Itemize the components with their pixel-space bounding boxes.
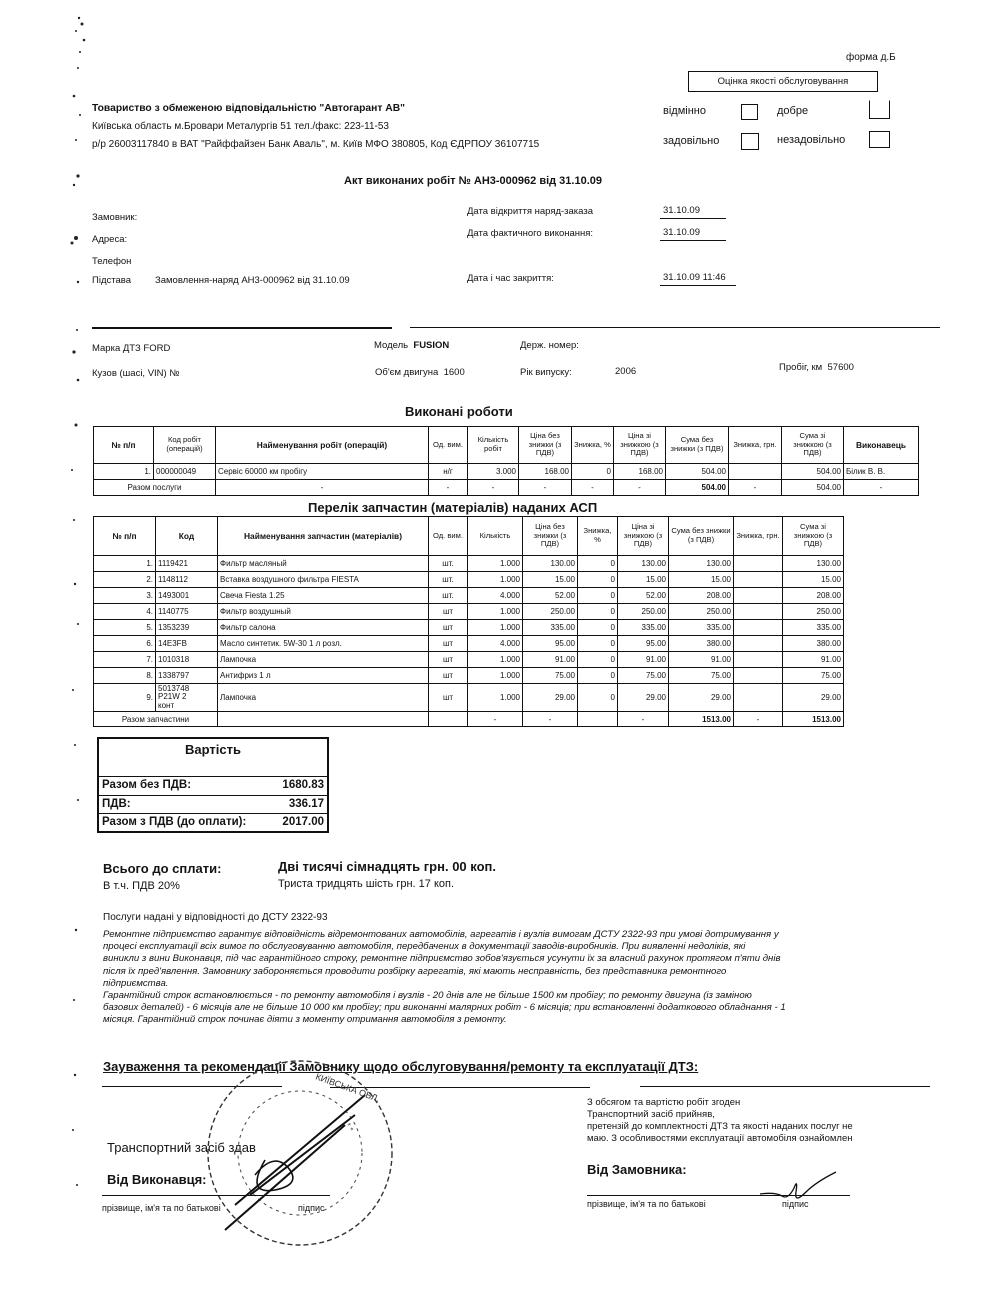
services-heading: Виконані роботи xyxy=(405,404,513,419)
table-cell: шт xyxy=(429,668,468,684)
table-cell: 0 xyxy=(578,668,618,684)
table-cell: 0 xyxy=(578,652,618,668)
table-total-row: Разом запчастини---1513.00-1513.00 xyxy=(94,712,844,727)
table-cell: Масло синтетик. 5W-30 1 л розл. xyxy=(218,636,429,652)
table-cell: шт xyxy=(429,604,468,620)
company-name: Товариство з обмеженою відповідальністю … xyxy=(92,103,405,114)
rating-unsatisfactory-checkbox[interactable] xyxy=(869,131,890,148)
table-cell: шт xyxy=(429,652,468,668)
table-cell: 1.000 xyxy=(468,556,523,572)
table-row: 7.1010318Лампочкашт1.00091.00091.0091.00… xyxy=(94,652,844,668)
cost-row-with-vat: Разом з ПДВ (до оплати): 2017.00 xyxy=(99,813,327,831)
table-cell: 335.00 xyxy=(783,620,844,636)
close-date-value: 31.10.09 11:46 xyxy=(663,272,726,283)
total-due-label: Всього до сплати: xyxy=(103,861,221,876)
total-cell: - xyxy=(618,712,669,727)
total-cell: - xyxy=(614,480,666,496)
column-header: Ціна зі знижкою (з ПДВ) xyxy=(618,517,669,556)
total-due-words: Дві тисячі сімнадцять грн. 00 коп. xyxy=(278,859,496,874)
table-cell: шт xyxy=(429,684,468,712)
total-label: Разом послуги xyxy=(94,480,216,496)
table-cell: 29.00 xyxy=(523,684,578,712)
total-cell: 1513.00 xyxy=(669,712,734,727)
table-cell: 1.000 xyxy=(468,652,523,668)
total-cell: - xyxy=(729,480,782,496)
model-value: FUSION xyxy=(413,340,449,351)
company-stamp-icon: КИЇВСЬКА ОБЛ. * * xyxy=(195,1055,405,1255)
table-total-row: Разом послуги------504.00-504.00- xyxy=(94,480,919,496)
warranty-line: виникли з вини Виконавця, під час гарант… xyxy=(103,953,786,965)
table-cell: 15.00 xyxy=(783,572,844,588)
table-cell: Лампочка xyxy=(218,684,429,712)
vehicle-mileage: Пробіг, км 57600 xyxy=(779,362,854,373)
vehicle-brand: Марка ДТЗ FORD xyxy=(92,343,170,354)
table-cell: 7. xyxy=(94,652,156,668)
column-header: Сума зі знижкою (з ПДВ) xyxy=(782,427,844,464)
company-bank: р/р 26003117840 в ВАТ "Райффайзен Банк А… xyxy=(92,139,539,150)
table-cell: Антифриз 1 л xyxy=(218,668,429,684)
total-cell xyxy=(429,712,468,727)
table-cell: Лампочка xyxy=(218,652,429,668)
cost-title: Вартість xyxy=(99,742,327,757)
column-header: Ціна без знижки (з ПДВ) xyxy=(519,427,572,464)
total-cell: - xyxy=(468,480,519,496)
vat-included-label: В т.ч. ПДВ 20% xyxy=(103,880,180,892)
total-label: Разом запчастини xyxy=(94,712,218,727)
year-label: Рік випуску: xyxy=(520,367,572,378)
table-cell: 208.00 xyxy=(669,588,734,604)
table-header-row: № п/пКод робіт (операцій)Найменування ро… xyxy=(94,427,919,464)
table-cell: 6. xyxy=(94,636,156,652)
table-cell: 91.00 xyxy=(783,652,844,668)
with-vat-label: Разом з ПДВ (до оплати): xyxy=(102,814,246,831)
table-cell: 1338797 xyxy=(156,668,218,684)
table-cell: 15.00 xyxy=(523,572,578,588)
vat-words: Триста тридцять шість грн. 17 коп. xyxy=(278,878,454,890)
table-cell: 168.00 xyxy=(519,464,572,480)
total-cell: - xyxy=(216,480,429,496)
table-cell: 0 xyxy=(578,636,618,652)
rating-good-label: добре xyxy=(777,105,808,117)
table-cell: 0 xyxy=(578,572,618,588)
table-cell: 250.00 xyxy=(783,604,844,620)
table-row: 6.14E3FBМасло синтетик. 5W-30 1 л розл.ш… xyxy=(94,636,844,652)
form-code: форма д.Б xyxy=(846,52,896,63)
table-cell: 91.00 xyxy=(618,652,669,668)
done-date-value: 31.10.09 xyxy=(663,227,700,238)
parts-table: № п/пКодНайменування запчастин (матеріал… xyxy=(93,516,844,727)
table-cell: 9. xyxy=(94,684,156,712)
column-header: № п/п xyxy=(94,427,154,464)
table-cell: 1010318 xyxy=(156,652,218,668)
separator xyxy=(92,327,392,329)
plate-label: Держ. номер: xyxy=(520,340,579,351)
table-cell: 335.00 xyxy=(618,620,669,636)
table-cell: 29.00 xyxy=(783,684,844,712)
column-header: Сума зі знижкою (з ПДВ) xyxy=(783,517,844,556)
table-cell: 4.000 xyxy=(468,588,523,604)
table-cell: 250.00 xyxy=(669,604,734,620)
column-header: Найменування робіт (операцій) xyxy=(216,427,429,464)
table-cell xyxy=(734,604,783,620)
table-cell: 15.00 xyxy=(618,572,669,588)
table-cell xyxy=(729,464,782,480)
year-value: 2006 xyxy=(615,366,636,377)
column-header: Кількість xyxy=(468,517,523,556)
customer-label: Замовник: xyxy=(92,212,137,223)
with-vat-value: 2017.00 xyxy=(282,814,324,831)
table-cell: 208.00 xyxy=(783,588,844,604)
table-row: 4.1140775Фильтр воздушныйшт1.000250.0002… xyxy=(94,604,844,620)
table-row: 9.5013748 P21W 2 контЛампочкашт1.00029.0… xyxy=(94,684,844,712)
remarks-line xyxy=(640,1086,930,1087)
table-cell: 0 xyxy=(572,464,614,480)
rating-good-checkbox[interactable] xyxy=(869,100,890,119)
total-cell: 504.00 xyxy=(782,480,844,496)
column-header: Ціна зі знижкою (з ПДВ) xyxy=(614,427,666,464)
column-header: Знижка, % xyxy=(578,517,618,556)
table-row: 2.1148112Вставка воздушного фильтра FIES… xyxy=(94,572,844,588)
basis-label: Підстава xyxy=(92,275,131,286)
table-cell: шт. xyxy=(429,588,468,604)
table-cell: 4.000 xyxy=(468,636,523,652)
warranty-line: Ремонтне підприємство гарантує відповідн… xyxy=(103,929,786,941)
table-cell: Фильтр масляный xyxy=(218,556,429,572)
table-row: 5.1353239Фильтр салонашт1.000335.000335.… xyxy=(94,620,844,636)
table-cell: 130.00 xyxy=(783,556,844,572)
address-label: Адреса: xyxy=(92,234,127,245)
brand-label: Марка ДТЗ xyxy=(92,343,141,354)
table-cell: 75.00 xyxy=(618,668,669,684)
handed-over-label: Транспортний засіб здав xyxy=(107,1140,256,1155)
column-header: Сума без знижки (з ПДВ) xyxy=(669,517,734,556)
table-cell: 1.000 xyxy=(468,572,523,588)
mileage-value: 57600 xyxy=(828,362,854,373)
column-header: Од. вим. xyxy=(429,517,468,556)
warranty-line: Гарантійний строк встановлюється - по ре… xyxy=(103,990,786,1002)
table-cell xyxy=(734,556,783,572)
column-header: Знижка, грн. xyxy=(729,427,782,464)
open-date-value: 31.10.09 xyxy=(663,205,700,216)
table-cell: Фильтр воздушный xyxy=(218,604,429,620)
warranty-line: процесі експлуатації всіх вимог по обслу… xyxy=(103,941,786,953)
column-header: Код робіт (операцій) xyxy=(154,427,216,464)
table-cell: 0 xyxy=(578,620,618,636)
warranty-line: після їх пред'явлення. Замовнику заборон… xyxy=(103,966,786,978)
table-cell xyxy=(734,684,783,712)
without-vat-label: Разом без ПДВ: xyxy=(102,777,191,794)
total-cell: - xyxy=(844,480,919,496)
table-cell xyxy=(734,572,783,588)
executor-name-caption: прізвище, ім'я та по батькові xyxy=(102,1203,221,1213)
company-address: Київська область м.Бровари Металургів 51… xyxy=(92,121,389,132)
table-cell: 250.00 xyxy=(618,604,669,620)
table-cell: Вставка воздушного фильтра FIESTA xyxy=(218,572,429,588)
column-header: Виконавець xyxy=(844,427,919,464)
table-cell: 1. xyxy=(94,464,154,480)
table-cell: 1148112 xyxy=(156,572,218,588)
model-label: Модель xyxy=(374,340,408,351)
table-cell: 504.00 xyxy=(782,464,844,480)
acceptance-line: Транспортний засіб прийняв, xyxy=(587,1109,853,1121)
table-row: 1.000000049Сервіс 60000 км пробігун/г3.0… xyxy=(94,464,919,480)
executor-label: Від Виконавця: xyxy=(107,1172,207,1187)
cost-row-vat: ПДВ: 336.17 xyxy=(99,795,327,813)
total-cell: 504.00 xyxy=(666,480,729,496)
phone-label: Телефон xyxy=(92,256,131,267)
table-cell xyxy=(734,620,783,636)
warranty-line: базових деталей) - 6 місяців але не біль… xyxy=(103,1002,786,1014)
table-cell: Свеча Fiesta 1.25 xyxy=(218,588,429,604)
table-cell: 91.00 xyxy=(523,652,578,668)
column-header: Од. вим. xyxy=(429,427,468,464)
total-cell xyxy=(218,712,429,727)
table-cell: 8. xyxy=(94,668,156,684)
vehicle-model: Модель FUSION xyxy=(374,340,449,351)
table-cell: 0 xyxy=(578,684,618,712)
total-cell: - xyxy=(572,480,614,496)
table-cell: 4. xyxy=(94,604,156,620)
table-cell: 75.00 xyxy=(523,668,578,684)
table-cell: 1.000 xyxy=(468,620,523,636)
total-cell xyxy=(578,712,618,727)
act-title: Акт виконаних робіт № АН3-000962 від 31.… xyxy=(344,175,602,187)
table-cell: 52.00 xyxy=(618,588,669,604)
table-cell: 130.00 xyxy=(618,556,669,572)
open-date-label: Дата відкриття наряд-заказа xyxy=(467,206,593,217)
cost-summary: Вартість Разом без ПДВ: 1680.83 ПДВ: 336… xyxy=(97,737,329,833)
total-cell: - xyxy=(468,712,523,727)
table-cell: 3.000 xyxy=(468,464,519,480)
scan-noise xyxy=(0,0,100,1302)
total-cell: - xyxy=(523,712,578,727)
table-cell: 000000049 xyxy=(154,464,216,480)
table-cell: 1.000 xyxy=(468,604,523,620)
table-cell: 5013748 P21W 2 конт xyxy=(156,684,218,712)
table-cell: 250.00 xyxy=(523,604,578,620)
total-cell: 1513.00 xyxy=(783,712,844,727)
table-cell: шт. xyxy=(429,572,468,588)
warranty-line: місяця. Гарантійний строк починає діяти … xyxy=(103,1014,786,1026)
table-cell: 1493001 xyxy=(156,588,218,604)
column-header: Код xyxy=(156,517,218,556)
column-header: Кількість робіт xyxy=(468,427,519,464)
column-header: Сума без знижки (з ПДВ) xyxy=(666,427,729,464)
table-header-row: № п/пКодНайменування запчастин (матеріал… xyxy=(94,517,844,556)
table-cell: 1.000 xyxy=(468,668,523,684)
table-cell: Білик В. В. xyxy=(844,464,919,480)
table-cell: 15.00 xyxy=(669,572,734,588)
customer-label: Від Замовника: xyxy=(587,1162,687,1177)
table-cell: 3. xyxy=(94,588,156,604)
table-cell: 130.00 xyxy=(523,556,578,572)
table-cell: 5. xyxy=(94,620,156,636)
table-cell: 1353239 xyxy=(156,620,218,636)
table-cell: 91.00 xyxy=(669,652,734,668)
column-header: Знижка, % xyxy=(572,427,614,464)
done-date-label: Дата фактичного виконання: xyxy=(467,228,593,239)
parts-heading: Перелік запчастин (матеріалів) наданих А… xyxy=(308,500,597,515)
table-cell: 0 xyxy=(578,604,618,620)
separator xyxy=(410,327,940,328)
rating-satisfactory-label: задовільно xyxy=(663,135,719,147)
table-cell xyxy=(734,588,783,604)
table-cell: 380.00 xyxy=(669,636,734,652)
executor-signature-line[interactable] xyxy=(102,1195,330,1196)
table-cell: 95.00 xyxy=(618,636,669,652)
warranty-text: Ремонтне підприємство гарантує відповідн… xyxy=(103,929,786,1027)
close-date-label: Дата і час закриття: xyxy=(467,273,554,284)
table-cell: н/г xyxy=(429,464,468,480)
warranty-line: підприємства. xyxy=(103,978,786,990)
column-header: Ціна без знижки (з ПДВ) xyxy=(523,517,578,556)
table-cell xyxy=(734,652,783,668)
table-cell: 1140775 xyxy=(156,604,218,620)
rating-satisfactory-checkbox[interactable] xyxy=(741,133,759,150)
table-cell: 0 xyxy=(578,556,618,572)
quality-rating-title: Оцінка якості обслуговування xyxy=(688,71,878,92)
table-cell xyxy=(734,636,783,652)
table-row: 3.1493001Свеча Fiesta 1.25шт.4.00052.000… xyxy=(94,588,844,604)
basis-value: Замовлення-наряд АН3-000962 від 31.10.09 xyxy=(155,275,350,286)
table-cell: 75.00 xyxy=(669,668,734,684)
table-cell: 95.00 xyxy=(523,636,578,652)
without-vat-value: 1680.83 xyxy=(282,777,324,794)
customer-sign-caption: підпис xyxy=(782,1199,809,1209)
table-cell: 168.00 xyxy=(614,464,666,480)
customer-name-caption: прізвище, ім'я та по батькові xyxy=(587,1199,706,1209)
column-header: № п/п xyxy=(94,517,156,556)
table-cell: 130.00 xyxy=(669,556,734,572)
engine-label: Об'єм двигуна xyxy=(375,367,438,378)
table-cell: шт xyxy=(429,636,468,652)
table-cell: 29.00 xyxy=(618,684,669,712)
table-cell: Фильтр салона xyxy=(218,620,429,636)
vat-label: ПДВ: xyxy=(102,796,131,813)
table-cell: 335.00 xyxy=(523,620,578,636)
table-cell: 29.00 xyxy=(669,684,734,712)
total-cell: - xyxy=(429,480,468,496)
total-cell: - xyxy=(734,712,783,727)
customer-acceptance-text: З обсягом та вартістю робіт згоден Транс… xyxy=(587,1097,853,1145)
table-cell: шт xyxy=(429,620,468,636)
table-cell: 1. xyxy=(94,556,156,572)
column-header: Знижка, грн. xyxy=(734,517,783,556)
table-row: 1.1119421Фильтр масляныйшт.1.000130.0001… xyxy=(94,556,844,572)
brand-value: FORD xyxy=(143,343,170,354)
table-cell: Сервіс 60000 км пробігу xyxy=(216,464,429,480)
table-cell: 0 xyxy=(578,588,618,604)
services-table: № п/пКод робіт (операцій)Найменування ро… xyxy=(93,426,919,496)
body-vin-label: Кузов (шасі, VIN) № xyxy=(92,368,180,379)
table-cell: 1.000 xyxy=(468,684,523,712)
svg-text:КИЇВСЬКА ОБЛ.: КИЇВСЬКА ОБЛ. xyxy=(314,1071,381,1103)
rating-unsatisfactory-label: незадовільно xyxy=(777,134,845,146)
acceptance-line: З обсягом та вартістю робіт згоден xyxy=(587,1097,853,1109)
acceptance-line: претензій до комплектності ДТЗ та якості… xyxy=(587,1121,853,1133)
table-cell: 2. xyxy=(94,572,156,588)
table-cell: шт. xyxy=(429,556,468,572)
executor-sign-caption: підпис xyxy=(298,1203,325,1213)
vehicle-engine: Об'єм двигуна 1600 xyxy=(375,367,465,378)
mileage-label: Пробіг, км xyxy=(779,362,822,373)
table-cell: 335.00 xyxy=(669,620,734,636)
table-cell: 380.00 xyxy=(783,636,844,652)
standard-note: Послуги надані у відповідності до ДСТУ 2… xyxy=(103,912,328,923)
vat-value: 336.17 xyxy=(289,796,324,813)
column-header: Найменування запчастин (матеріалів) xyxy=(218,517,429,556)
acceptance-line: маю. З особливостями експлуатації автомо… xyxy=(587,1133,853,1145)
table-cell: 1119421 xyxy=(156,556,218,572)
rating-excellent-checkbox[interactable] xyxy=(741,104,758,120)
table-cell: 52.00 xyxy=(523,588,578,604)
total-cell: - xyxy=(519,480,572,496)
table-cell: 75.00 xyxy=(783,668,844,684)
rating-excellent-label: відмінно xyxy=(663,105,706,117)
engine-value: 1600 xyxy=(444,367,465,378)
table-cell xyxy=(734,668,783,684)
cost-row-without-vat: Разом без ПДВ: 1680.83 xyxy=(99,776,327,794)
table-row: 8.1338797Антифриз 1 лшт1.00075.00075.007… xyxy=(94,668,844,684)
table-cell: 504.00 xyxy=(666,464,729,480)
table-cell: 14E3FB xyxy=(156,636,218,652)
